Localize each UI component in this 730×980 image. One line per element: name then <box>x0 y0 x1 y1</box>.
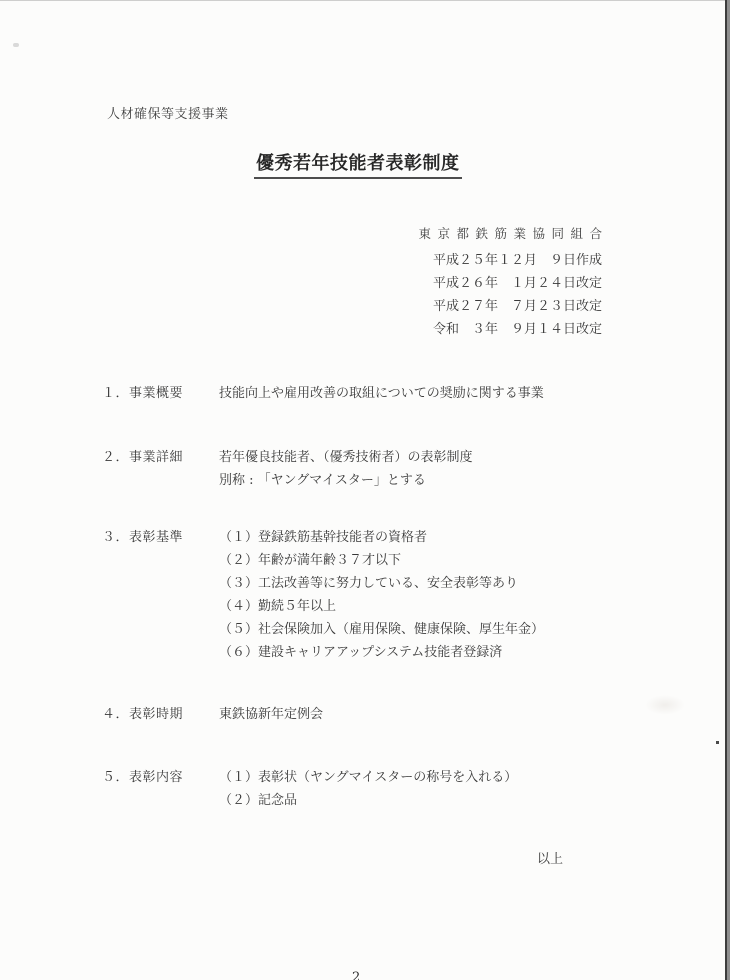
section-heading: ３．表彰基準 <box>102 526 183 545</box>
section-line: （１）登録鉄筋基幹技能者の資格者 <box>219 526 699 549</box>
section-line: （２）記念品 <box>219 789 699 812</box>
section-line: （３）工法改善等に努力している、安全表彰等あり <box>219 572 699 595</box>
section-heading: １．事業概要 <box>102 382 183 401</box>
section-line: 技能向上や雇用改善の取組についての奨励に関する事業 <box>219 382 699 405</box>
section-number: ５． <box>102 770 129 785</box>
section-number: ２． <box>102 450 129 465</box>
section-line: 別称 : 「ヤングマイスター」とする <box>219 469 699 492</box>
section-number: １． <box>102 386 129 401</box>
section-line: （２）年齢が満年齢３７才以下 <box>219 549 699 572</box>
section-line: 若年優良技能者、（優秀技術者）の表彰制度 <box>219 446 699 469</box>
section-line: （６）建設キャリアアップシステム技能者登録済 <box>219 641 699 664</box>
category-label: 人材確保等支援事業 <box>107 103 229 122</box>
scanned-document-page: 人材確保等支援事業 優秀若年技能者表彰制度 東京都鉄筋業協同組合 平成２５年１２… <box>0 0 730 980</box>
section-body: （１）登録鉄筋基幹技能者の資格者 （２）年齢が満年齢３７才以下 （３）工法改善等… <box>219 526 699 664</box>
section-number: ３． <box>102 530 129 545</box>
section-title: 表彰内容 <box>129 770 183 785</box>
section-body: 若年優良技能者、（優秀技術者）の表彰制度 別称 : 「ヤングマイスター」とする <box>219 446 699 492</box>
section-body: 東鉄協新年定例会 <box>219 703 699 726</box>
section-line: 東鉄協新年定例会 <box>219 703 699 726</box>
section-number: ４． <box>102 707 129 722</box>
scan-artifact-tick <box>13 43 19 47</box>
section-title: 表彰基準 <box>129 530 183 545</box>
scan-top-edge <box>0 0 730 1</box>
revision-line-2: 平成２７年 ７月２３日改定 <box>418 295 602 318</box>
section-line: （１）表彰状（ヤングマイスターの称号を入れる） <box>219 766 699 789</box>
byline-block: 東京都鉄筋業協同組合 平成２５年１２月 ９日作成 平成２６年 １月２４日改定 平… <box>418 226 602 341</box>
document-title: 優秀若年技能者表彰制度 <box>254 149 462 179</box>
revision-line-created: 平成２５年１２月 ９日作成 <box>418 249 602 272</box>
page-number: 2 <box>352 970 360 980</box>
closing-label: 以上 <box>537 848 563 867</box>
organization-name: 東京都鉄筋業協同組合 <box>418 226 608 242</box>
section-title: 事業詳細 <box>129 450 183 465</box>
section-title: 表彰時期 <box>129 707 183 722</box>
section-heading: ５．表彰内容 <box>102 766 183 785</box>
section-body: （１）表彰状（ヤングマイスターの称号を入れる） （２）記念品 <box>219 766 699 812</box>
revision-line-3: 令和 ３年 ９月１４日改定 <box>418 318 602 341</box>
section-heading: ４．表彰時期 <box>102 703 183 722</box>
revision-line-1: 平成２６年 １月２４日改定 <box>418 272 602 295</box>
section-line: （４）勤続５年以上 <box>219 595 699 618</box>
scan-right-edge-line <box>725 0 727 980</box>
section-body: 技能向上や雇用改善の取組についての奨励に関する事業 <box>219 382 699 405</box>
scan-artifact-dot <box>716 741 719 744</box>
section-line: （５）社会保険加入（雇用保険、健康保険、厚生年金） <box>219 618 699 641</box>
section-title: 事業概要 <box>129 386 183 401</box>
section-heading: ２．事業詳細 <box>102 446 183 465</box>
